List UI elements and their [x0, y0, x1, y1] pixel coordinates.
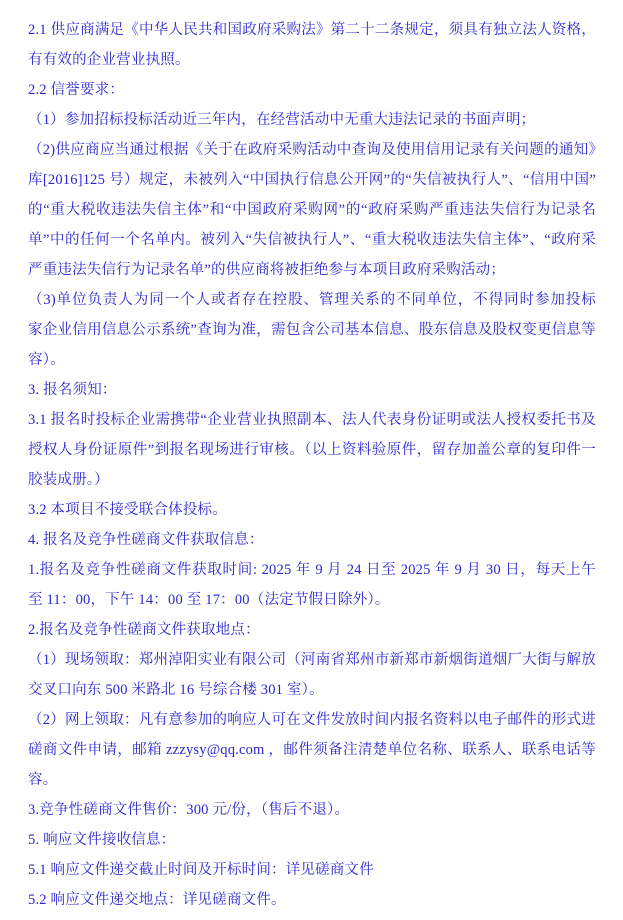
doc-line: 5. 响应文件接收信息：: [28, 825, 596, 855]
doc-line: 有有效的企业营业执照。: [28, 45, 596, 75]
doc-line: 3.1 报名时投标企业需携带“企业营业执照副本、法人代表身份证明或法人授权委托书…: [28, 405, 596, 435]
doc-line: 授权人身份证原件”到报名现场进行审核。（以上资料验原件，留存加盖公章的复印件一套: [28, 435, 596, 465]
doc-line: （2)供应商应当通过根据《关于在政府采购活动中查询及使用信用记录有关问题的通知》…: [28, 135, 596, 165]
doc-line: 胶装成册。）: [28, 465, 596, 495]
doc-line: 单”中的任何一个名单内。被列入“失信被执行人”、“重大税收违法失信主体”、“政府…: [28, 225, 596, 255]
doc-line: 容）。: [28, 345, 596, 375]
doc-line: 2.2 信誉要求：: [28, 75, 596, 105]
doc-line: 2.1 供应商满足《中华人民共和国政府采购法》第二十二条规定，须具有独立法人资格…: [28, 15, 596, 45]
doc-line: 5.2 响应文件递交地点：详见磋商文件。: [28, 885, 596, 915]
document-page: 2.1 供应商满足《中华人民共和国政府采购法》第二十二条规定，须具有独立法人资格…: [0, 0, 623, 920]
doc-line: 5.1 响应文件递交截止时间及开标时间：详见磋商文件: [28, 855, 596, 885]
doc-line: 4. 报名及竞争性磋商文件获取信息：: [28, 525, 596, 555]
doc-line: 交叉口向东 500 米路北 16 号综合楼 301 室）。: [28, 675, 596, 705]
doc-line: 至 11：00，下午 14：00 至 17：00（法定节假日除外）。: [28, 585, 596, 615]
doc-line: （3)单位负责人为同一个人或者存在控股、管理关系的不同单位，不得同时参加投标（以…: [28, 285, 596, 315]
doc-line: 严重违法失信行为记录名单”的供应商将被拒绝参与本项目政府采购活动；: [28, 255, 596, 285]
doc-line: 1.报名及竞争性磋商文件获取时间: 2025 年 9 月 24 日至 2025 …: [28, 555, 596, 585]
doc-line: 的“重大税收违法失信主体”和“中国政府采购网”的“政府采购严重违法失信行为记录名: [28, 195, 596, 225]
doc-line: 3.竞争性磋商文件售价：300 元/份，（售后不退）。: [28, 795, 596, 825]
doc-line: 磋商文件申请，邮箱 zzzysy@qq.com ，邮件须备注清楚单位名称、联系人…: [28, 735, 596, 765]
doc-line: （1）参加招标投标活动近三年内，在经营活动中无重大违法记录的书面声明；: [28, 105, 596, 135]
doc-line: 2.报名及竞争性磋商文件获取地点：: [28, 615, 596, 645]
doc-line: （1）现场领取：郑州淖阳实业有限公司（河南省郑州市新郑市新烟街道烟厂大街与解放路: [28, 645, 596, 675]
doc-line: 容。: [28, 765, 596, 795]
doc-line: 3. 报名须知：: [28, 375, 596, 405]
doc-line: （2）网上领取：凡有意参加的响应人可在文件发放时间内报名资料以电子邮件的形式进行: [28, 705, 596, 735]
doc-line: 库[2016]125 号）规定，未被列入“中国执行信息公开网”的“失信被执行人”…: [28, 165, 596, 195]
doc-line: 3.2 本项目不接受联合体投标。: [28, 495, 596, 525]
doc-line: 家企业信用信息公示系统”查询为准，需包含公司基本信息、股东信息及股权变更信息等内: [28, 315, 596, 345]
